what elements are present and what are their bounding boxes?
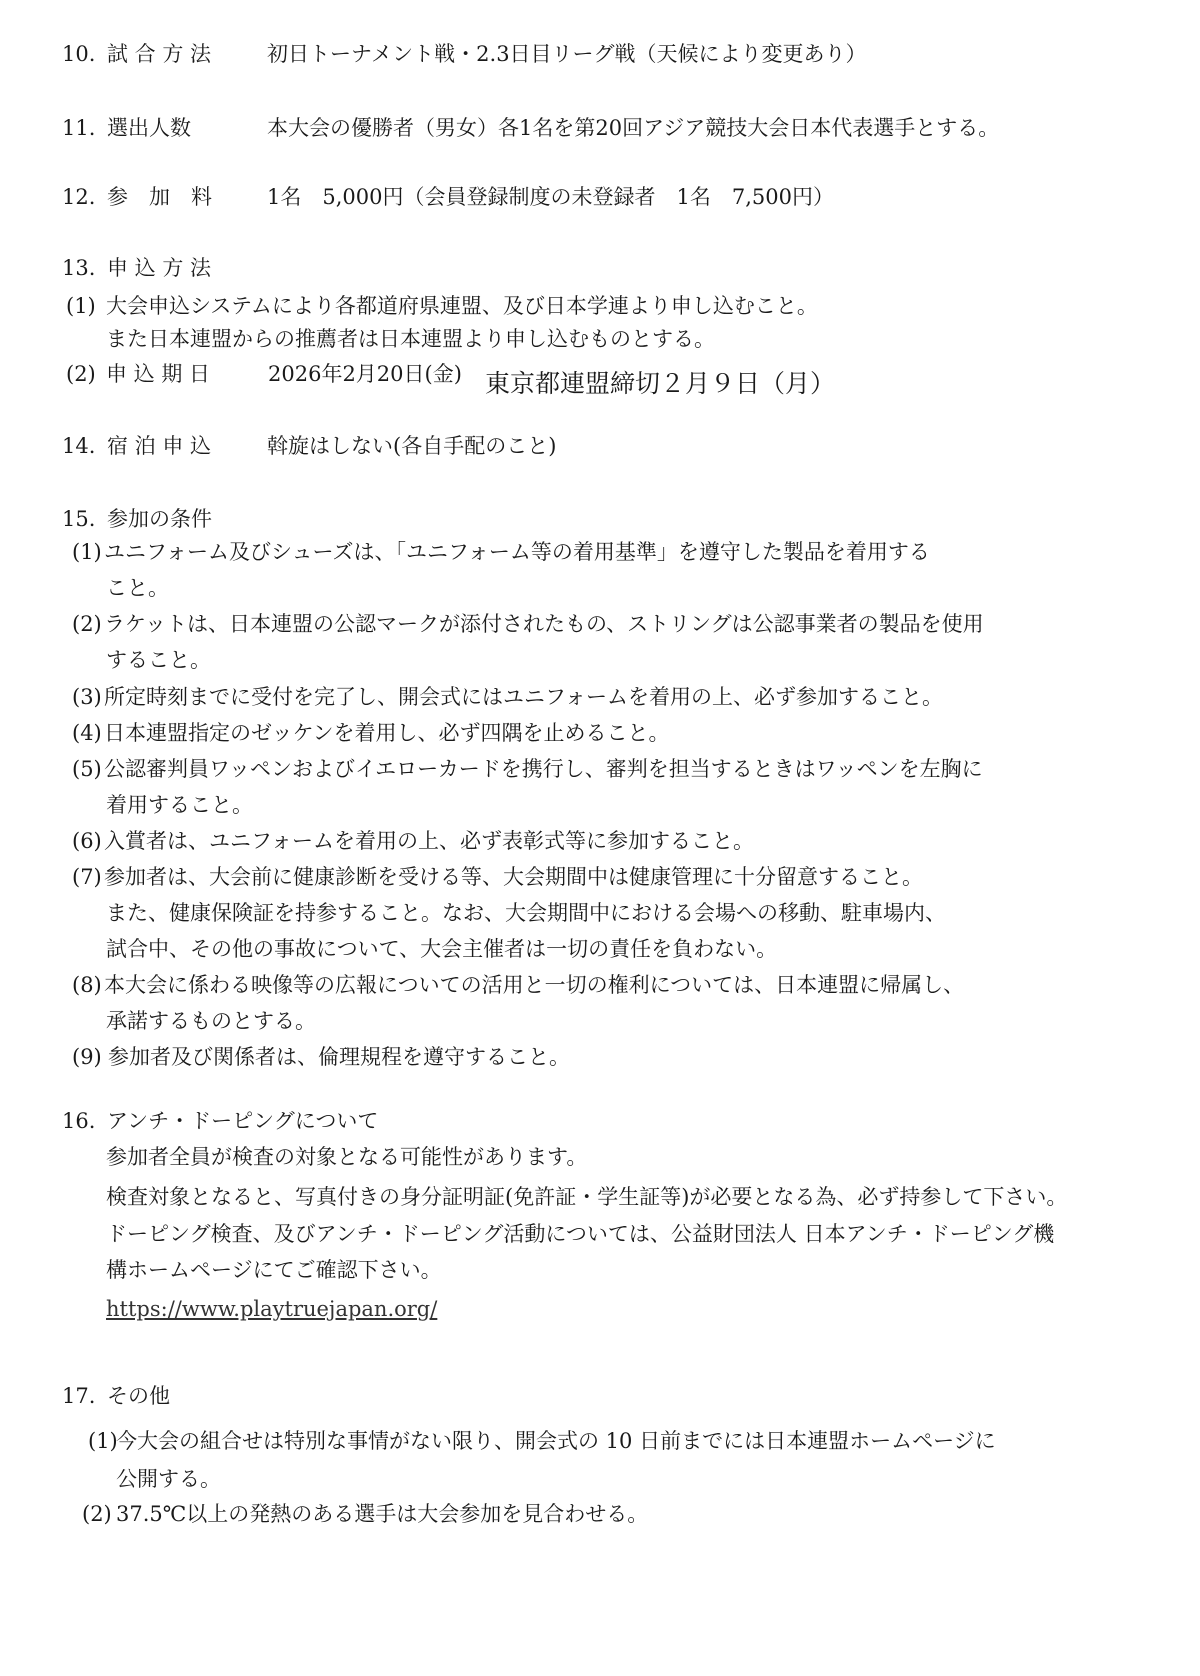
- section-16-line: 構ホームページにてご確認下さい。: [106, 1256, 442, 1284]
- item-number: (5): [72, 757, 102, 781]
- section-label: その他: [107, 1382, 170, 1410]
- section-14: 14. 宿 泊 申 込 斡旋はしない(各自手配のこと): [62, 432, 95, 460]
- condition-item-cont: 承諾するものとする。: [106, 1007, 316, 1035]
- section-number: 12.: [62, 185, 95, 209]
- condition-item: (6)入賞者は、ユニフォームを着用の上、必ず表彰式等に参加すること。: [72, 827, 102, 855]
- section-label: 申 込 方 法: [107, 254, 211, 282]
- section-16-line: 参加者全員が検査の対象となる可能性があります。: [106, 1143, 587, 1171]
- item-label: 申 込 期 日: [106, 360, 210, 388]
- section-number: 15.: [62, 507, 95, 531]
- item-number: (9): [72, 1045, 102, 1069]
- item-text: 今大会の組合せは特別な事情がない限り、開会式の 10 日前までには日本連盟ホーム…: [116, 1427, 996, 1455]
- item-number: (4): [72, 721, 102, 745]
- condition-item: (1)ユニフォーム及びシューズは、「ユニフォーム等の着用基準」を遵守した製品を着…: [72, 538, 102, 566]
- item-number: (2): [66, 362, 96, 386]
- item-text: 大会申込システムにより各都道府県連盟、及び日本学連より申し込むこと。: [106, 292, 818, 320]
- section-label: 参 加 料: [107, 183, 212, 211]
- item-text: 入賞者は、ユニフォームを着用の上、必ず表彰式等に参加すること。: [104, 827, 754, 855]
- tokyo-deadline-note: 東京都連盟締切２月９日（月）: [485, 370, 835, 398]
- item-number: (1): [88, 1429, 118, 1453]
- item-text: ラケットは、日本連盟の公認マークが添付されたもの、ストリングは公認事業者の製品を…: [104, 610, 984, 638]
- section-text: 斡旋はしない(各自手配のこと): [267, 432, 556, 460]
- item-number: (3): [72, 685, 102, 709]
- item-text: ユニフォーム及びシューズは、「ユニフォーム等の着用基準」を遵守した製品を着用する: [104, 538, 930, 566]
- condition-item: (3)所定時刻までに受付を完了し、開会式にはユニフォームを着用の上、必ず参加する…: [72, 683, 102, 711]
- section-number: 14.: [62, 434, 95, 458]
- section-16-line: 検査対象となると、写真付きの身分証明証(免許証・学生証等)が必要となる為、必ず持…: [106, 1183, 1067, 1211]
- item-number: (7): [72, 865, 102, 889]
- section-13-item-1-cont: また日本連盟からの推薦者は日本連盟より申し込むものとする。: [106, 325, 715, 353]
- section-17-item-2: (2) 37.5℃以上の発熱のある選手は大会参加を見合わせる。: [82, 1500, 112, 1528]
- section-text: 初日トーナメント戦・2.3日目リーグ戦（天候により変更あり）: [267, 40, 867, 68]
- section-17-heading: 17. その他: [62, 1382, 95, 1410]
- item-text: 公認審判員ワッペンおよびイエローカードを携行し、審判を担当するときはワッペンを左…: [104, 755, 983, 783]
- condition-item-cont: すること。: [106, 646, 211, 674]
- condition-item: (9)参加者及び関係者は、倫理規程を遵守すること。: [72, 1043, 102, 1071]
- jada-link[interactable]: https://www.playtruejapan.org/: [106, 1297, 437, 1321]
- condition-item: (7)参加者は、大会前に健康診断を受ける等、大会期間中は健康管理に十分留意するこ…: [72, 863, 102, 891]
- section-number: 11.: [62, 116, 95, 140]
- section-11: 11. 選出人数 本大会の優勝者（男女）各1名を第20回アジア競技大会日本代表選…: [62, 114, 95, 142]
- section-17-item-1: (1) 今大会の組合せは特別な事情がない限り、開会式の 10 日前までには日本連…: [88, 1427, 118, 1455]
- condition-item: (4)日本連盟指定のゼッケンを着用し、必ず四隅を止めること。: [72, 719, 102, 747]
- section-16-line: ドーピング検査、及びアンチ・ドーピング活動については、公益財団法人 日本アンチ・…: [106, 1220, 1054, 1248]
- item-number: (6): [72, 829, 102, 853]
- section-label: 参加の条件: [107, 505, 212, 533]
- condition-item-cont: こと。: [106, 574, 169, 602]
- item-text: 参加者は、大会前に健康診断を受ける等、大会期間中は健康管理に十分留意すること。: [104, 863, 923, 891]
- section-15-heading: 15. 参加の条件: [62, 505, 95, 533]
- condition-item-cont: 試合中、その他の事故について、大会主催者は一切の責任を負わない。: [106, 935, 777, 963]
- section-10: 10. 試 合 方 法 初日トーナメント戦・2.3日目リーグ戦（天候により変更あ…: [62, 40, 95, 68]
- item-text: 37.5℃以上の発熱のある選手は大会参加を見合わせる。: [116, 1500, 648, 1528]
- section-text: 本大会の優勝者（男女）各1名を第20回アジア競技大会日本代表選手とする。: [267, 114, 999, 142]
- section-13-item-2: (2) 申 込 期 日 2026年2月20日(金): [66, 360, 96, 388]
- section-number: 17.: [62, 1384, 95, 1408]
- item-text: 日本連盟指定のゼッケンを着用し、必ず四隅を止めること。: [104, 719, 670, 747]
- item-number: (1): [66, 294, 96, 318]
- deadline-date: 2026年2月20日(金): [268, 360, 462, 388]
- section-12: 12. 参 加 料 1名 5,000円（会員登録制度の未登録者 1名 7,500…: [62, 183, 95, 211]
- section-text: 1名 5,000円（会員登録制度の未登録者 1名 7,500円）: [267, 183, 834, 211]
- section-label: 試 合 方 法: [107, 40, 211, 68]
- condition-item: (5)公認審判員ワッペンおよびイエローカードを携行し、審判を担当するときはワッペ…: [72, 755, 102, 783]
- item-text: 本大会に係わる映像等の広報についての活用と一切の権利については、日本連盟に帰属し…: [104, 971, 964, 999]
- item-number: (1): [72, 540, 102, 564]
- section-label: 宿 泊 申 込: [107, 432, 211, 460]
- section-17-item-1-cont: 公開する。: [116, 1465, 221, 1493]
- item-text: 所定時刻までに受付を完了し、開会式にはユニフォームを着用の上、必ず参加すること。: [104, 683, 943, 711]
- section-number: 16.: [62, 1109, 95, 1133]
- section-label: 選出人数: [107, 114, 191, 142]
- item-number: (2): [72, 612, 102, 636]
- condition-item: (2)ラケットは、日本連盟の公認マークが添付されたもの、ストリングは公認事業者の…: [72, 610, 102, 638]
- section-16-heading: 16. アンチ・ドーピングについて: [62, 1107, 95, 1135]
- section-13-heading: 13. 申 込 方 法: [62, 254, 95, 282]
- condition-item-cont: 着用すること。: [106, 791, 253, 819]
- item-number: (8): [72, 973, 102, 997]
- condition-item-cont: また、健康保険証を持参すること。なお、大会期間中における会場への移動、駐車場内、: [106, 899, 946, 927]
- condition-item: (8)本大会に係わる映像等の広報についての活用と一切の権利については、日本連盟に…: [72, 971, 102, 999]
- jada-link-wrap: https://www.playtruejapan.org/: [106, 1295, 437, 1323]
- section-label: アンチ・ドーピングについて: [107, 1107, 378, 1135]
- item-number: (2): [82, 1502, 112, 1526]
- section-number: 10.: [62, 42, 95, 66]
- item-text: 参加者及び関係者は、倫理規程を遵守すること。: [108, 1043, 570, 1071]
- section-number: 13.: [62, 256, 95, 280]
- section-13-item-1: (1) 大会申込システムにより各都道府県連盟、及び日本学連より申し込むこと。: [66, 292, 96, 320]
